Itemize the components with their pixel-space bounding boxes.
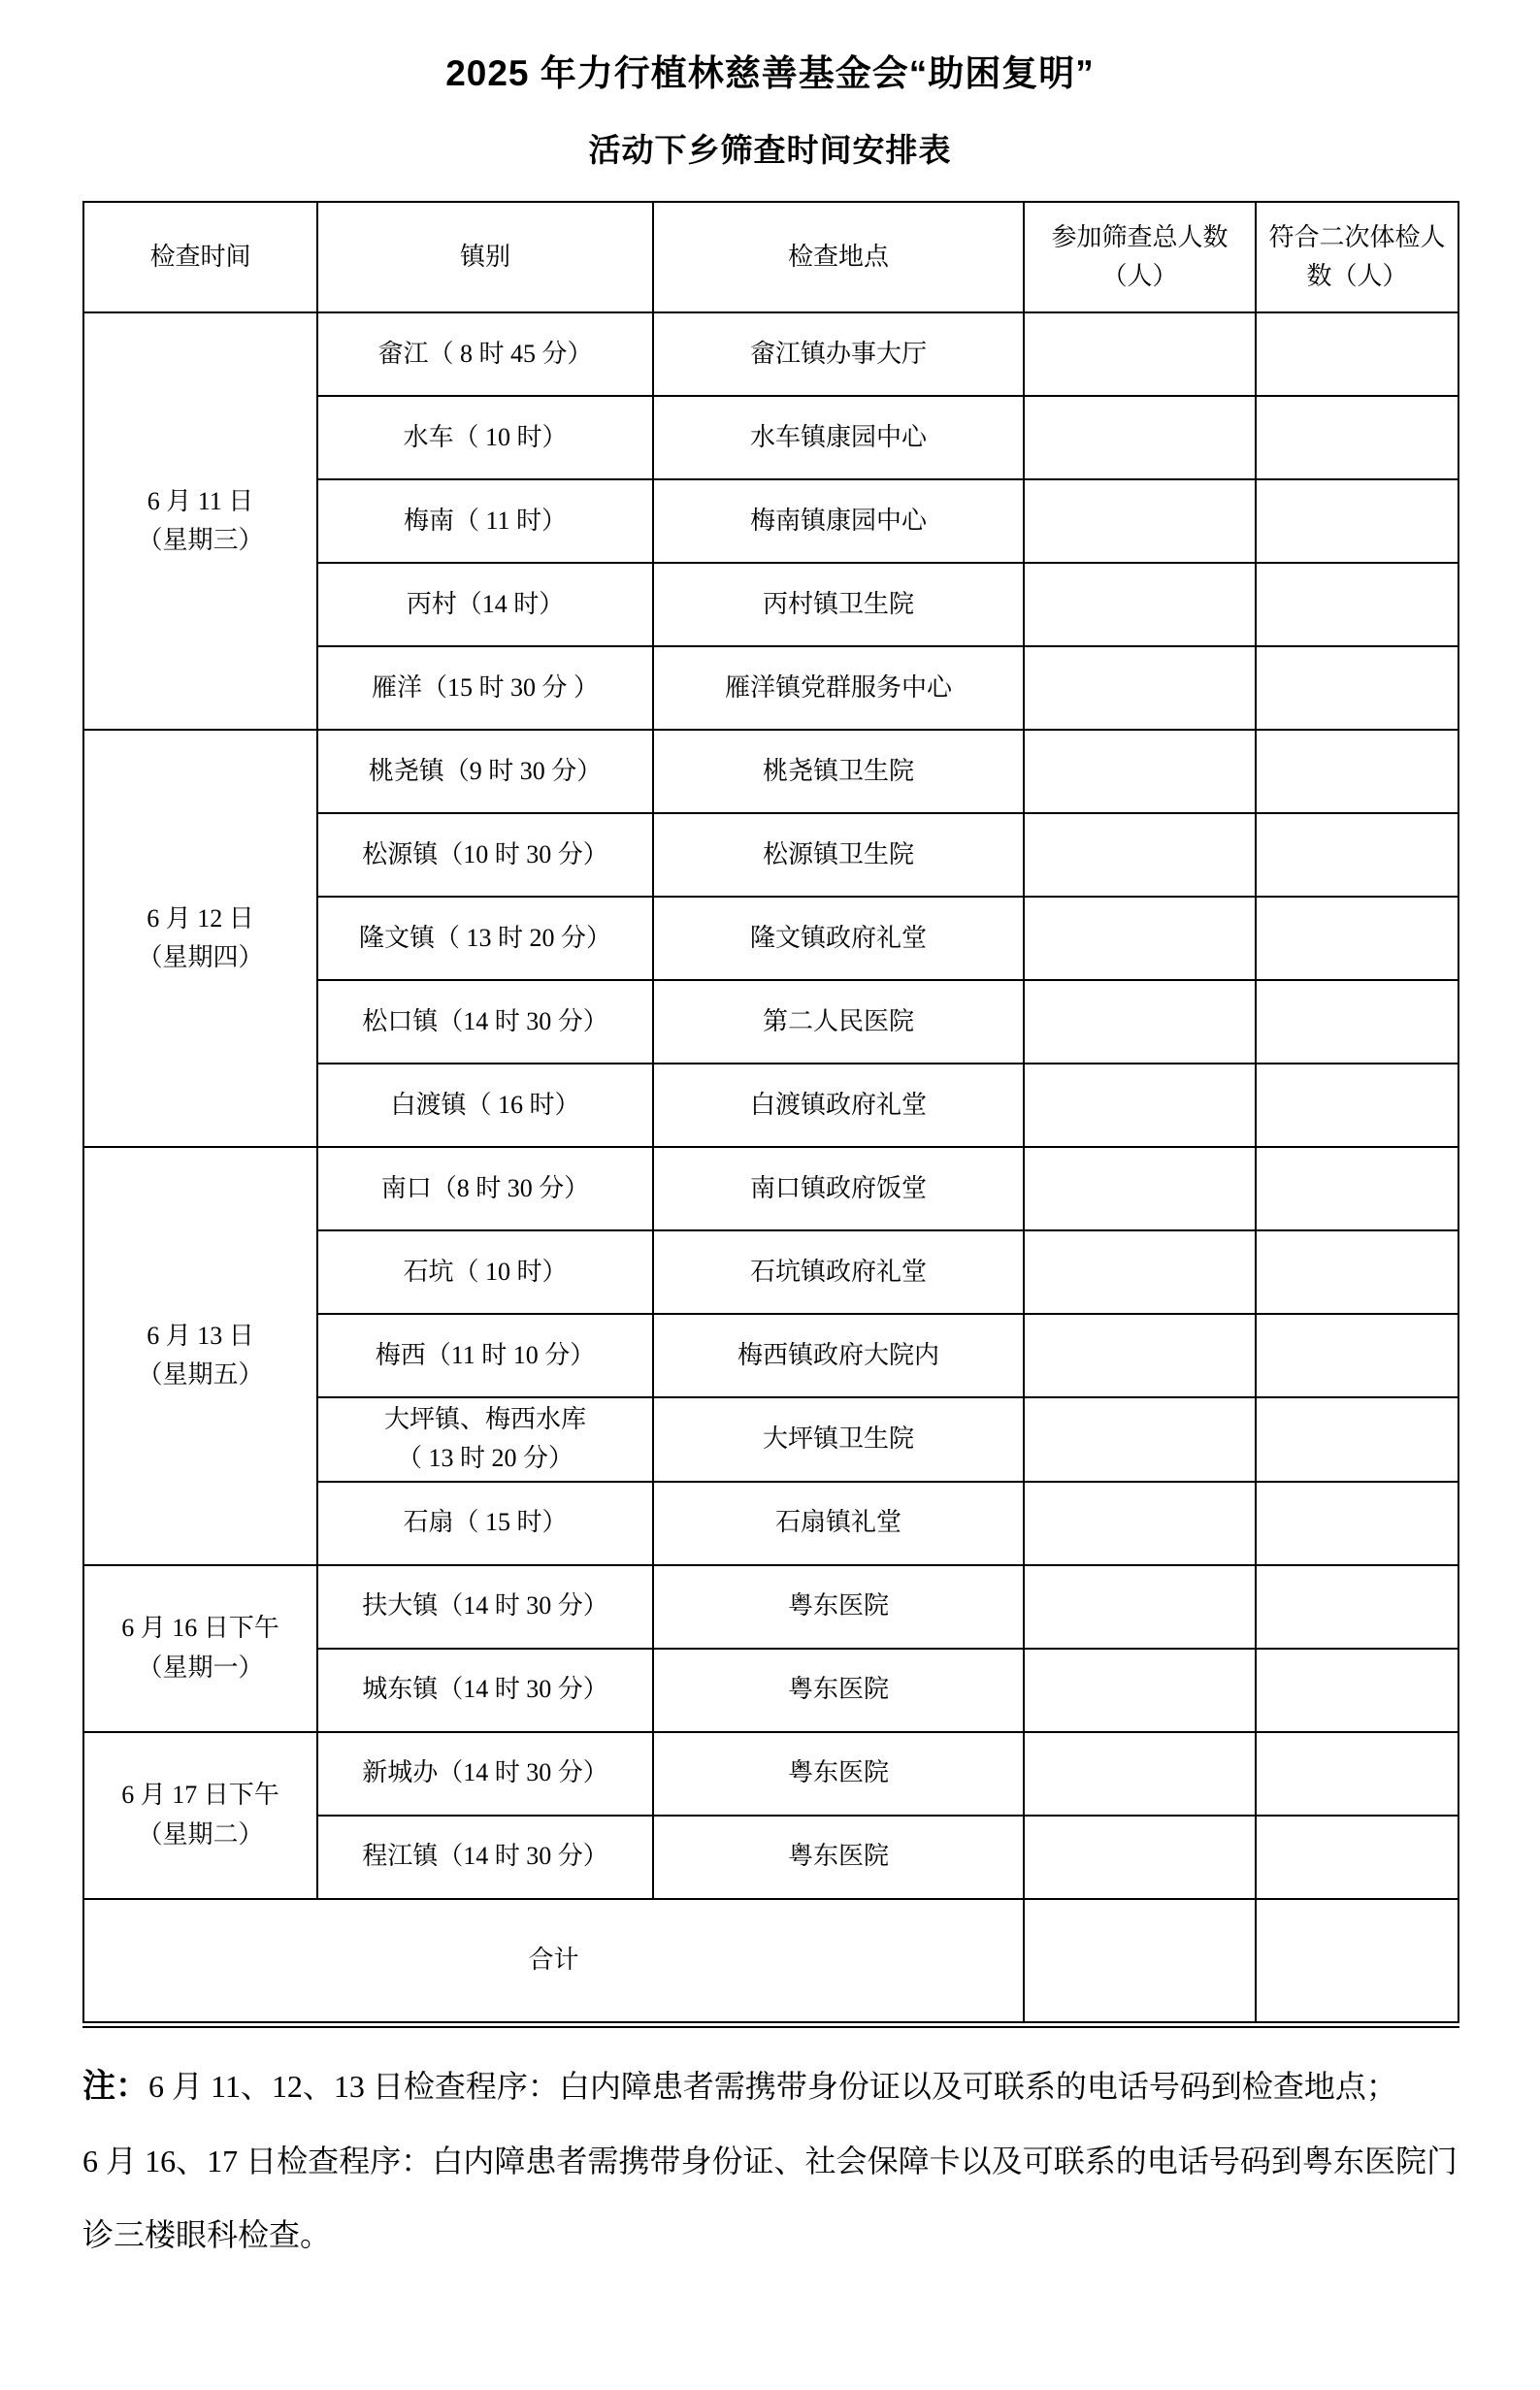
place-cell: 第二人民医院 — [653, 980, 1024, 1064]
screened-count-cell — [1024, 563, 1256, 646]
screening-schedule-table: 检查时间 镇别 检查地点 参加筛查总人数 （人） 符合二次体检人 数（人） 6 … — [82, 201, 1459, 2028]
place-cell: 大坪镇卫生院 — [653, 1397, 1024, 1482]
note-paragraph-2: 6 月 16、17 日检查程序：白内障患者需携带身份证、社会保障卡以及可联系的电… — [82, 2124, 1458, 2272]
town-cell: 大坪镇、梅西水库 （ 13 时 20 分） — [317, 1397, 653, 1482]
schedule-row: 6 月 16 日下午 （星期一）扶大镇（14 时 30 分）粤东医院 — [83, 1565, 1458, 1649]
header-check-time: 检查时间 — [83, 202, 317, 312]
place-cell: 石坑镇政府礼堂 — [653, 1230, 1024, 1314]
table-body: 6 月 11 日 （星期三）畲江（ 8 时 45 分）畲江镇办事大厅水车（ 10… — [83, 312, 1458, 2025]
place-cell: 桃尧镇卫生院 — [653, 730, 1024, 813]
screened-count-cell — [1024, 897, 1256, 980]
town-cell: 水车（ 10 时） — [317, 396, 653, 479]
recheck-count-cell — [1256, 396, 1458, 479]
recheck-count-cell — [1256, 1565, 1458, 1649]
date-cell: 6 月 11 日 （星期三） — [83, 312, 317, 730]
town-cell: 桃尧镇（9 时 30 分） — [317, 730, 653, 813]
screened-count-cell — [1024, 479, 1256, 563]
total-row: 合计 — [83, 1899, 1458, 2025]
town-cell: 石坑（ 10 时） — [317, 1230, 653, 1314]
town-cell: 白渡镇（ 16 时） — [317, 1064, 653, 1147]
recheck-count-cell — [1256, 1649, 1458, 1732]
screened-count-cell — [1024, 730, 1256, 813]
place-cell: 畲江镇办事大厅 — [653, 312, 1024, 396]
header-recheck-count: 符合二次体检人 数（人） — [1256, 202, 1458, 312]
recheck-count-cell — [1256, 1314, 1458, 1397]
screened-count-cell — [1024, 1064, 1256, 1147]
town-cell: 新城办（14 时 30 分） — [317, 1732, 653, 1816]
document-page: 2025 年力行植林慈善基金会“助困复明” 活动下乡筛查时间安排表 检查时间 镇… — [0, 0, 1540, 2272]
table-header: 检查时间 镇别 检查地点 参加筛查总人数 （人） 符合二次体检人 数（人） — [83, 202, 1458, 312]
place-cell: 石扇镇礼堂 — [653, 1482, 1024, 1565]
recheck-count-cell — [1256, 980, 1458, 1064]
schedule-row: 6 月 12 日 （星期四）桃尧镇（9 时 30 分）桃尧镇卫生院 — [83, 730, 1458, 813]
total-label-cell: 合计 — [83, 1899, 1024, 2025]
town-cell: 丙村（14 时） — [317, 563, 653, 646]
recheck-count-cell — [1256, 1230, 1458, 1314]
notes-section: 注：6 月 11、12、13 日检查程序：白内障患者需携带身份证以及可联系的电话… — [82, 2049, 1458, 2272]
recheck-count-cell — [1256, 646, 1458, 730]
place-cell: 隆文镇政府礼堂 — [653, 897, 1024, 980]
screened-count-cell — [1024, 646, 1256, 730]
place-cell: 松源镇卫生院 — [653, 813, 1024, 897]
place-cell: 南口镇政府饭堂 — [653, 1147, 1024, 1230]
town-cell: 松口镇（14 时 30 分） — [317, 980, 653, 1064]
schedule-row: 6 月 11 日 （星期三）畲江（ 8 时 45 分）畲江镇办事大厅 — [83, 312, 1458, 396]
note-1-text: 6 月 11、12、13 日检查程序：白内障患者需携带身份证以及可联系的电话号码… — [148, 2069, 1397, 2104]
recheck-count-cell — [1256, 1147, 1458, 1230]
screened-count-cell — [1024, 1230, 1256, 1314]
town-cell: 松源镇（10 时 30 分） — [317, 813, 653, 897]
screened-count-cell — [1024, 312, 1256, 396]
recheck-count-cell — [1256, 813, 1458, 897]
screened-count-cell — [1024, 1397, 1256, 1482]
town-cell: 扶大镇（14 时 30 分） — [317, 1565, 653, 1649]
screened-count-cell — [1024, 1482, 1256, 1565]
recheck-count-cell — [1256, 897, 1458, 980]
town-cell: 城东镇（14 时 30 分） — [317, 1649, 653, 1732]
note-paragraph-1: 注：6 月 11、12、13 日检查程序：白内障患者需携带身份证以及可联系的电话… — [82, 2049, 1458, 2124]
date-cell: 6 月 13 日 （星期五） — [83, 1147, 317, 1565]
header-town: 镇别 — [317, 202, 653, 312]
total-screened-cell — [1024, 1899, 1256, 2025]
recheck-count-cell — [1256, 730, 1458, 813]
town-cell: 雁洋（15 时 30 分 ） — [317, 646, 653, 730]
document-title-line2: 活动下乡筛查时间安排表 — [82, 130, 1458, 172]
place-cell: 梅南镇康园中心 — [653, 479, 1024, 563]
screened-count-cell — [1024, 813, 1256, 897]
recheck-count-cell — [1256, 1816, 1458, 1899]
header-screened-count: 参加筛查总人数 （人） — [1024, 202, 1256, 312]
screened-count-cell — [1024, 1565, 1256, 1649]
town-cell: 畲江（ 8 时 45 分） — [317, 312, 653, 396]
recheck-count-cell — [1256, 312, 1458, 396]
header-check-place: 检查地点 — [653, 202, 1024, 312]
screened-count-cell — [1024, 396, 1256, 479]
recheck-count-cell — [1256, 479, 1458, 563]
place-cell: 雁洋镇党群服务中心 — [653, 646, 1024, 730]
town-cell: 程江镇（14 时 30 分） — [317, 1816, 653, 1899]
place-cell: 粤东医院 — [653, 1732, 1024, 1816]
recheck-count-cell — [1256, 563, 1458, 646]
town-cell: 梅南（ 11 时） — [317, 479, 653, 563]
town-cell: 南口（8 时 30 分） — [317, 1147, 653, 1230]
town-cell: 隆文镇（ 13 时 20 分） — [317, 897, 653, 980]
schedule-row: 6 月 13 日 （星期五）南口（8 时 30 分）南口镇政府饭堂 — [83, 1147, 1458, 1230]
document-title-line1: 2025 年力行植林慈善基金会“助困复明” — [82, 50, 1458, 97]
date-cell: 6 月 12 日 （星期四） — [83, 730, 317, 1147]
header-row: 检查时间 镇别 检查地点 参加筛查总人数 （人） 符合二次体检人 数（人） — [83, 202, 1458, 312]
place-cell: 粤东医院 — [653, 1649, 1024, 1732]
recheck-count-cell — [1256, 1064, 1458, 1147]
total-recheck-cell — [1256, 1899, 1458, 2025]
screened-count-cell — [1024, 1732, 1256, 1816]
date-cell: 6 月 17 日下午 （星期二） — [83, 1732, 317, 1899]
screened-count-cell — [1024, 1314, 1256, 1397]
recheck-count-cell — [1256, 1482, 1458, 1565]
place-cell: 粤东医院 — [653, 1816, 1024, 1899]
place-cell: 水车镇康园中心 — [653, 396, 1024, 479]
place-cell: 白渡镇政府礼堂 — [653, 1064, 1024, 1147]
place-cell: 粤东医院 — [653, 1565, 1024, 1649]
recheck-count-cell — [1256, 1732, 1458, 1816]
note-label: 注： — [82, 2069, 148, 2105]
place-cell: 丙村镇卫生院 — [653, 563, 1024, 646]
schedule-row: 6 月 17 日下午 （星期二）新城办（14 时 30 分）粤东医院 — [83, 1732, 1458, 1816]
date-cell: 6 月 16 日下午 （星期一） — [83, 1565, 317, 1732]
town-cell: 石扇（ 15 时） — [317, 1482, 653, 1565]
screened-count-cell — [1024, 1649, 1256, 1732]
screened-count-cell — [1024, 1147, 1256, 1230]
place-cell: 梅西镇政府大院内 — [653, 1314, 1024, 1397]
town-cell: 梅西（11 时 10 分） — [317, 1314, 653, 1397]
screened-count-cell — [1024, 1816, 1256, 1899]
recheck-count-cell — [1256, 1397, 1458, 1482]
screened-count-cell — [1024, 980, 1256, 1064]
